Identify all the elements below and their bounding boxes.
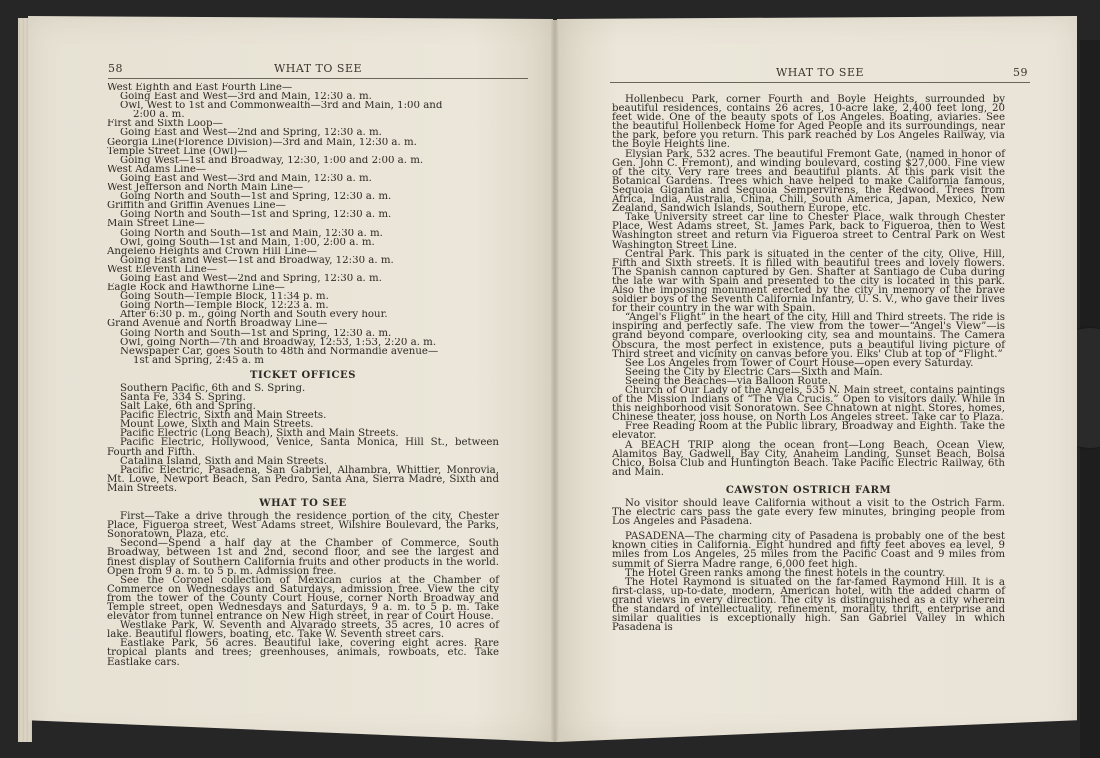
transit-schedule: West Eighth and East Fourth Line—Going E… bbox=[107, 83, 499, 365]
schedule-line: Eagle Rock and Hawthorne Line— bbox=[107, 283, 499, 292]
section-heading: CAWSTON OSTRICH FARM bbox=[612, 485, 1005, 496]
paragraph: PASADENA—The charming city of Pasadena i… bbox=[612, 532, 1005, 568]
attractions-list: Hollenbecu Park, corner Fourth and Boyle… bbox=[612, 95, 1005, 477]
schedule-line: Owl, West to 1st and Commonwealth—3rd an… bbox=[107, 101, 499, 110]
pasadena-section: PASADENA—The charming city of Pasadena i… bbox=[612, 532, 1005, 632]
paragraph: The Hotel Raymond is situated on the far… bbox=[612, 578, 1005, 633]
schedule-line: Griffith and Griffin Avenues Line— bbox=[107, 201, 499, 210]
paragraph: Central Park. This park is situated in t… bbox=[612, 250, 1005, 314]
paragraph: A BEACH TRIP along the ocean front—Long … bbox=[612, 441, 1005, 477]
paragraph: Take University street car line to Chest… bbox=[612, 213, 1005, 249]
schedule-line: Owl, going North—7th and Broadway, 12:53… bbox=[107, 338, 499, 347]
schedule-line: 1st and Spring, 2:45 a. m bbox=[107, 356, 499, 365]
ticket-offices-list: Southern Pacific, 6th and S. Spring.Sant… bbox=[107, 384, 499, 493]
schedule-line: Going East and West—3rd and Main, 12:30 … bbox=[107, 174, 499, 183]
schedule-line: Going North—Temple Block, 12:23 a. m. bbox=[107, 301, 499, 310]
what-to-see-list: First—Take a drive through the residence… bbox=[107, 512, 499, 667]
paragraph: Hollenbecu Park, corner Fourth and Boyle… bbox=[612, 95, 1005, 150]
schedule-line: Going West—1st and Broadway, 12:30, 1:00… bbox=[107, 156, 499, 165]
right-page-text: Hollenbecu Park, corner Fourth and Boyle… bbox=[612, 95, 1005, 632]
ticket-office-entry: Pacific Electric, Pasadena, San Gabriel,… bbox=[107, 466, 499, 493]
schedule-line: West Jefferson and North Main Line— bbox=[107, 183, 499, 192]
schedule-line: Going North and South—1st and Main, 12:3… bbox=[107, 229, 499, 238]
paragraph: Elysian Park, 532 acres. The beautiful F… bbox=[612, 150, 1005, 214]
ticket-office-entry: Pacific Electric, Hollywood, Venice, San… bbox=[107, 438, 499, 456]
schedule-line: After 6:30 p. m., going North and South … bbox=[107, 310, 499, 319]
schedule-line: Going North and South—1st and Spring, 12… bbox=[107, 192, 499, 201]
section-heading: WHAT TO SEE bbox=[107, 498, 499, 509]
schedule-line: Grand Avenue and North Broadway Line— bbox=[107, 319, 499, 328]
schedule-line: Going North and South—1st and Spring, 12… bbox=[107, 210, 499, 219]
paragraph: “Angel's Flight” in the heart of the cit… bbox=[612, 313, 1005, 358]
paragraph: See the Coronel collection of Mexican cu… bbox=[107, 576, 499, 621]
paragraph: Free Reading Room at the Public library,… bbox=[612, 422, 1005, 440]
left-running-head: 58 WHAT TO SEE bbox=[108, 62, 528, 79]
paragraph: Church of Our Lady of the Angels, 535 N.… bbox=[612, 386, 1005, 422]
book-gutter bbox=[551, 20, 559, 742]
page-number: 59 bbox=[1013, 66, 1028, 79]
schedule-line: West Eleventh Line— bbox=[107, 265, 499, 274]
schedule-line: Newspaper Car, goes South to 48th and No… bbox=[107, 347, 499, 356]
schedule-line: Going South—Temple Block, 11:34 p. m. bbox=[107, 292, 499, 301]
right-running-head: WHAT TO SEE 59 bbox=[610, 66, 1030, 83]
running-head-title: WHAT TO SEE bbox=[610, 66, 1030, 79]
paragraph: Westlake Park, W. Seventh and Alvarado s… bbox=[107, 621, 499, 639]
schedule-line: Angeleno Heights and Crown Hill Line— bbox=[107, 247, 499, 256]
schedule-line: Going East and West—2nd and Spring, 12:3… bbox=[107, 128, 499, 137]
schedule-line: Main Street Line— bbox=[107, 219, 499, 228]
paragraph: Eastlake Park, 56 acres. Beautiful lake,… bbox=[107, 639, 499, 666]
schedule-line: West Eighth and East Fourth Line— bbox=[107, 83, 499, 92]
schedule-line: Going East and West—3rd and Main, 12:30 … bbox=[107, 92, 499, 101]
schedule-line: 2:00 a. m. bbox=[107, 110, 499, 119]
schedule-line: Going North and South—1st and Spring, 12… bbox=[107, 329, 499, 338]
schedule-line: West Adams Line— bbox=[107, 165, 499, 174]
paragraph: Second—Spend a half day at the Chamber o… bbox=[107, 539, 499, 575]
schedule-line: Going East and West—1st and Broadway, 12… bbox=[107, 256, 499, 265]
schedule-line: Owl, going South—1st and Main, 1:00, 2:0… bbox=[107, 238, 499, 247]
schedule-line: Georgia Line(Florence Division)—3rd and … bbox=[107, 138, 499, 147]
left-page-text: West Eighth and East Fourth Line—Going E… bbox=[107, 83, 499, 667]
section-heading: TICKET OFFICES bbox=[107, 370, 499, 381]
schedule-line: Going East and West—2nd and Spring, 12:3… bbox=[107, 274, 499, 283]
paragraph: First—Take a drive through the residence… bbox=[107, 512, 499, 539]
schedule-line: Temple Street Line (Owl)— bbox=[107, 147, 499, 156]
paragraph: No visitor should leave California witho… bbox=[612, 499, 1005, 526]
running-head-title: WHAT TO SEE bbox=[108, 62, 528, 75]
schedule-line: First and Sixth Loop— bbox=[107, 119, 499, 128]
open-book: 58 WHAT TO SEE WHAT TO SEE 59 West Eight… bbox=[0, 0, 1100, 758]
